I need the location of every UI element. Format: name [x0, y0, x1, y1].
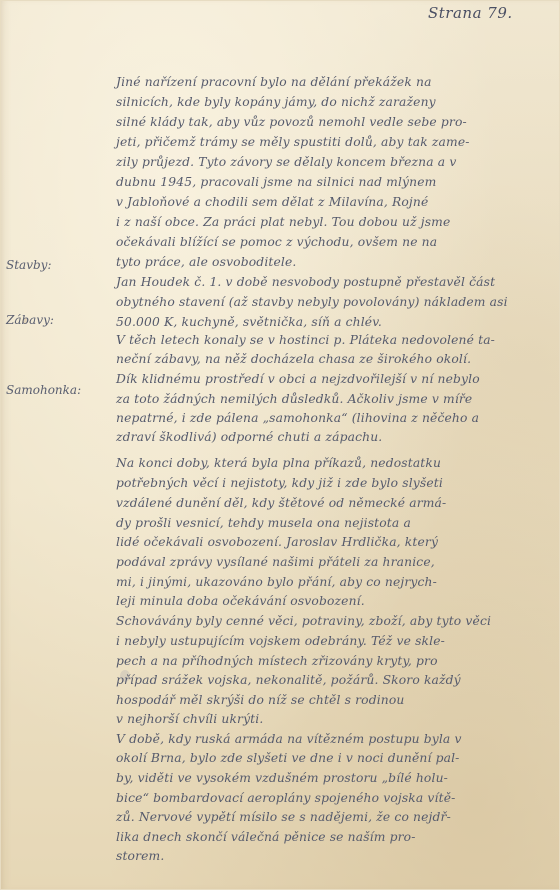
handwritten-line: v nejhorší chvíli ukrýti.: [116, 711, 552, 727]
handwritten-line: neční zábavy, na něž docházela chasa ze …: [116, 351, 552, 367]
chronicle-page: Strana 79. Stavby:Zábavy:Samohonka: Jiné…: [0, 0, 560, 890]
handwritten-line: Dík klidnému prostředí v obci a nejzdvoř…: [116, 371, 552, 387]
handwritten-line: hospodář měl skrýši do níž se chtěl s ro…: [116, 692, 552, 708]
handwritten-line: za toto žádných nemilých důsledků. Ačkol…: [116, 391, 552, 407]
handwritten-line: V těch letech konaly se v hostinci p. Pl…: [116, 332, 552, 348]
handwritten-line: zdraví škodlivá) odporné chuti a zápachu…: [116, 429, 552, 445]
handwritten-line: tyto práce, ale osvoboditele.: [116, 254, 552, 270]
handwritten-line: dubnu 1945, pracovali jsme na silnici na…: [116, 174, 552, 190]
handwritten-line: Jan Houdek č. 1. v době nesvobody postup…: [116, 274, 552, 290]
margin-note: Samohonka:: [6, 383, 81, 397]
margin-note: Zábavy:: [6, 313, 54, 327]
handwritten-line: bice“ bombardovací aeroplány spojeného v…: [116, 790, 552, 806]
handwritten-line: 50.000 K, kuchyně, světnička, síň a chlé…: [116, 314, 552, 330]
handwritten-line: v Jabloňové a chodili sem dělat z Milaví…: [116, 194, 552, 210]
handwritten-line: potřebných věcí i nejistoty, kdy již i z…: [116, 475, 552, 491]
handwritten-line: dy prošli vesnicí, tehdy musela ona neji…: [116, 515, 552, 531]
handwritten-line: silnicích, kde byly kopány jámy, do nich…: [116, 94, 552, 110]
handwritten-line: silné klády tak, aby vůz povozů nemohl v…: [116, 114, 552, 130]
handwritten-line: Na konci doby, která byla plna příkazů, …: [116, 455, 552, 471]
handwritten-line: i nebyly ustupujícím vojskem odebrány. T…: [116, 633, 552, 649]
handwritten-line: zů. Nervové vypětí mísilo se s nadějemi,…: [116, 809, 552, 825]
handwritten-line: pech a na příhodných místech zřizovány k…: [116, 653, 552, 669]
handwritten-line: i z naší obce. Za práci plat nebyl. Tou …: [116, 214, 552, 230]
handwritten-line: lidé očekávali osvobození. Jaroslav Hrdl…: [116, 534, 552, 550]
handwritten-line: vzdálené dunění děl, kdy štětové od něme…: [116, 495, 552, 511]
handwritten-line: obytného stavení (až stavby nebyly povol…: [116, 294, 552, 310]
handwritten-line: lika dnech skončí válečná pěnice se naší…: [116, 829, 552, 845]
handwritten-line: nepatrné, i zde pálena „samohonka“ (liho…: [116, 410, 552, 426]
handwritten-line: jeti, přičemž trámy se měly spustiti dol…: [116, 134, 552, 150]
page-number: Strana 79.: [428, 4, 513, 22]
handwritten-line: storem.: [116, 848, 552, 864]
handwritten-line: by, viděti ve vysokém vzdušném prostoru …: [116, 770, 552, 786]
handwritten-line: případ srážek vojska, nekonalitě, požárů…: [116, 672, 552, 688]
handwritten-line: okolí Brna, bylo zde slyšeti ve dne i v …: [116, 750, 552, 766]
margin-note: Stavby:: [6, 258, 51, 272]
handwritten-line: očekávali blížící se pomoc z východu, ov…: [116, 234, 552, 250]
handwritten-line: zily průjezd. Tyto závory se dělaly konc…: [116, 154, 552, 170]
handwritten-line: Jiné nařízení pracovní bylo na dělání př…: [116, 74, 552, 90]
handwritten-line: mi, i jinými, ukazováno bylo přání, aby …: [116, 574, 552, 590]
handwritten-line: podával zprávy vysílané našimi přáteli z…: [116, 554, 552, 570]
handwritten-line: V době, kdy ruská armáda na vítězném pos…: [116, 731, 552, 747]
handwritten-line: leji minula doba očekávání osvobození.: [116, 593, 552, 609]
handwritten-line: Schovávány byly cenné věci, potraviny, z…: [116, 613, 552, 629]
